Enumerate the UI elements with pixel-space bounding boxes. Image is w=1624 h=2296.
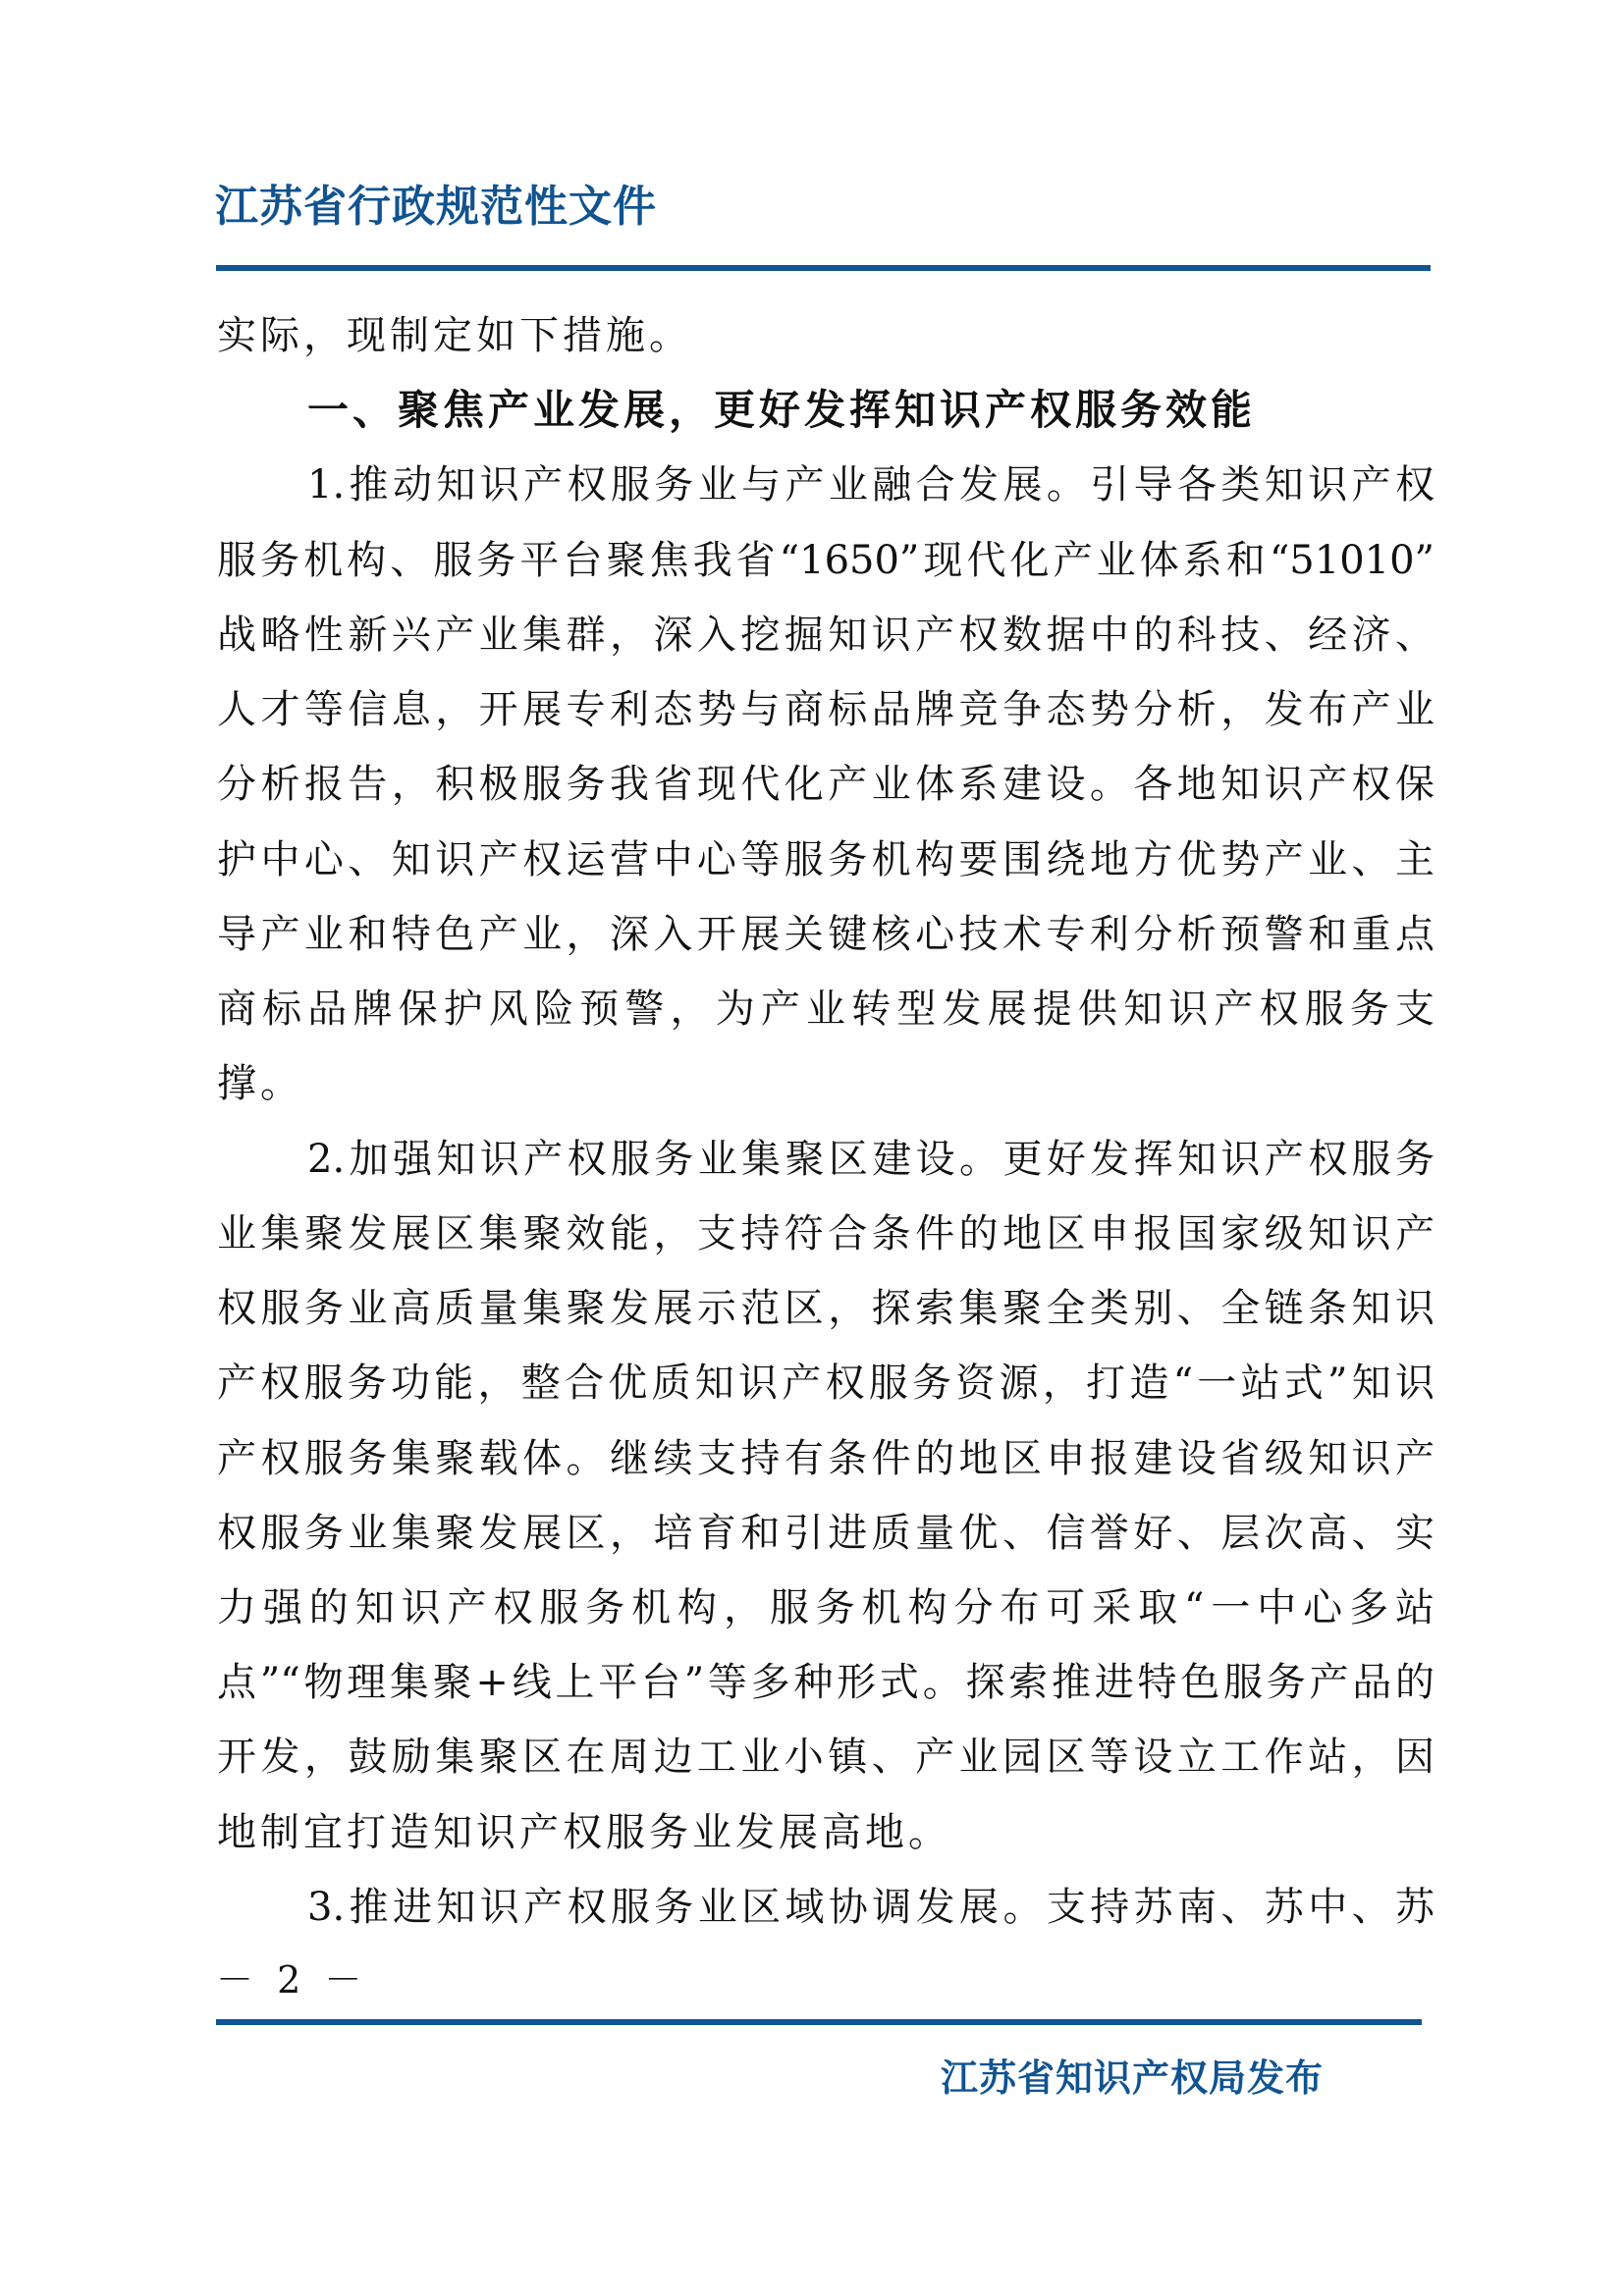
section-heading: 一、聚焦产业发展，更好发挥知识产权服务效能 bbox=[217, 373, 1435, 448]
footer-divider bbox=[216, 2019, 1422, 2025]
body-line: 权服务业高质量集聚发展示范区，探索集聚全类别、全链条知识 bbox=[217, 1271, 1435, 1346]
body-line: 护中心、知识产权运营中心等服务机构要围绕地方优势产业、主 bbox=[217, 823, 1435, 897]
body-line: 地制宜打造知识产权服务业发展高地。 bbox=[217, 1795, 1435, 1870]
body-line: 撑。 bbox=[217, 1046, 1435, 1121]
body-line: 权服务业集聚发展区，培育和引进质量优、信誉好、层次高、实 bbox=[217, 1496, 1435, 1571]
body-line: 实际，现制定如下措施。 bbox=[217, 298, 1435, 373]
body-line: 业集聚发展区集聚效能，支持符合条件的地区申报国家级知识产 bbox=[217, 1197, 1435, 1271]
paragraph-1-start: 1.推动知识产权服务业与产业融合发展。引导各类知识产权 bbox=[217, 448, 1435, 522]
body-line: 人才等信息，开展专利态势与商标品牌竞争态势分析，发布产业 bbox=[217, 672, 1435, 747]
body-line: 商标品牌保护风险预警，为产业转型发展提供知识产权服务支 bbox=[217, 972, 1435, 1046]
body-line: 分析报告，积极服务我省现代化产业体系建设。各地知识产权保 bbox=[217, 747, 1435, 822]
body-line: 战略性新兴产业集群，深入挖掘知识产权数据中的科技、经济、 bbox=[217, 598, 1435, 672]
body-line: 导产业和特色产业，深入开展关键核心技术专利分析预警和重点 bbox=[217, 897, 1435, 972]
footer-publisher: 江苏省知识产权局发布 bbox=[941, 2056, 1324, 2101]
document-body: 实际，现制定如下措施。 一、聚焦产业发展，更好发挥知识产权服务效能 1.推动知识… bbox=[217, 298, 1435, 1945]
body-line: 服务机构、服务平台聚焦我省“1650”现代化产业体系和“51010” bbox=[217, 523, 1435, 598]
paragraph-3-start: 3.推进知识产权服务业区域协调发展。支持苏南、苏中、苏 bbox=[217, 1870, 1435, 1945]
body-line: 点”“物理集聚+线上平台”等多种形式。探索推进特色服务产品的 bbox=[217, 1645, 1435, 1720]
header-divider bbox=[216, 265, 1431, 271]
body-line: 产权服务集聚载体。继续支持有条件的地区申报建设省级知识产 bbox=[217, 1421, 1435, 1496]
document-page: 江苏省行政规范性文件 实际，现制定如下措施。 一、聚焦产业发展，更好发挥知识产权… bbox=[0, 0, 1624, 2296]
body-line: 力强的知识产权服务机构，服务机构分布可采取“一中心多站 bbox=[217, 1571, 1435, 1645]
document-header-title: 江苏省行政规范性文件 bbox=[215, 181, 657, 234]
body-line: 产权服务功能，整合优质知识产权服务资源，打造“一站式”知识 bbox=[217, 1346, 1435, 1420]
paragraph-2-start: 2.加强知识产权服务业集聚区建设。更好发挥知识产权服务 bbox=[217, 1122, 1435, 1197]
page-number: － 2 － bbox=[216, 1959, 367, 2001]
body-line: 开发，鼓励集聚区在周边工业小镇、产业园区等设立工作站，因 bbox=[217, 1720, 1435, 1794]
